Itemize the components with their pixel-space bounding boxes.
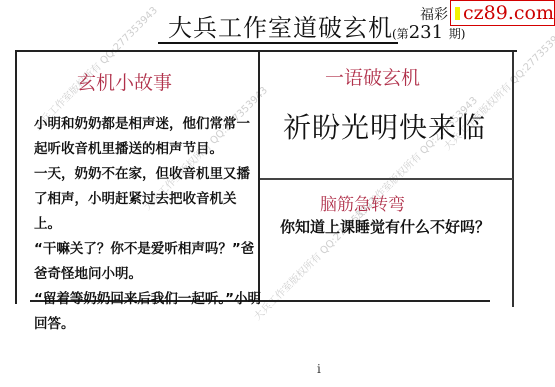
row-divider bbox=[260, 178, 513, 180]
motto-section-title: 一语破玄机 bbox=[325, 63, 420, 90]
site-badge-text: cz89.com bbox=[463, 2, 554, 24]
issue-value: 231 bbox=[409, 22, 443, 43]
story-paragraph: 一天，奶奶不在家，但收音机里又播了相声，小明赶紧过去把收音机关上。 bbox=[34, 162, 262, 237]
page-title: 大兵工作室道破玄机 bbox=[168, 8, 393, 43]
page-marker: i bbox=[317, 362, 321, 376]
story-section-title: 玄机小故事 bbox=[77, 68, 172, 95]
yellow-square-icon bbox=[455, 7, 460, 20]
motto-text: 祈盼光明快来临 bbox=[283, 106, 486, 146]
story-paragraph: “留着等奶奶回来后我们一起听。”小明回答。 bbox=[34, 287, 262, 337]
lottery-label: 福彩 bbox=[420, 4, 448, 24]
story-paragraph: 小明和奶奶都是相声迷，他们常常一起听收音机里播送的相声节目。 bbox=[34, 112, 262, 162]
riddle-section-title: 脑筋急转弯 bbox=[320, 190, 405, 215]
site-badge[interactable]: cz89.com bbox=[450, 0, 555, 26]
story-paragraph: “干嘛关了？你不是爱听相声吗？”爸爸奇怪地问小明。 bbox=[34, 237, 262, 287]
story-text: 小明和奶奶都是相声迷，他们常常一起听收音机里播送的相声节目。 一天，奶奶不在家，… bbox=[34, 112, 262, 337]
riddle-question: 你知道上课睡觉有什么不好吗？ bbox=[280, 216, 490, 237]
issue-prefix: (第 bbox=[392, 27, 409, 41]
title-underline bbox=[158, 42, 398, 44]
issue-suffix: 期) bbox=[449, 27, 466, 41]
